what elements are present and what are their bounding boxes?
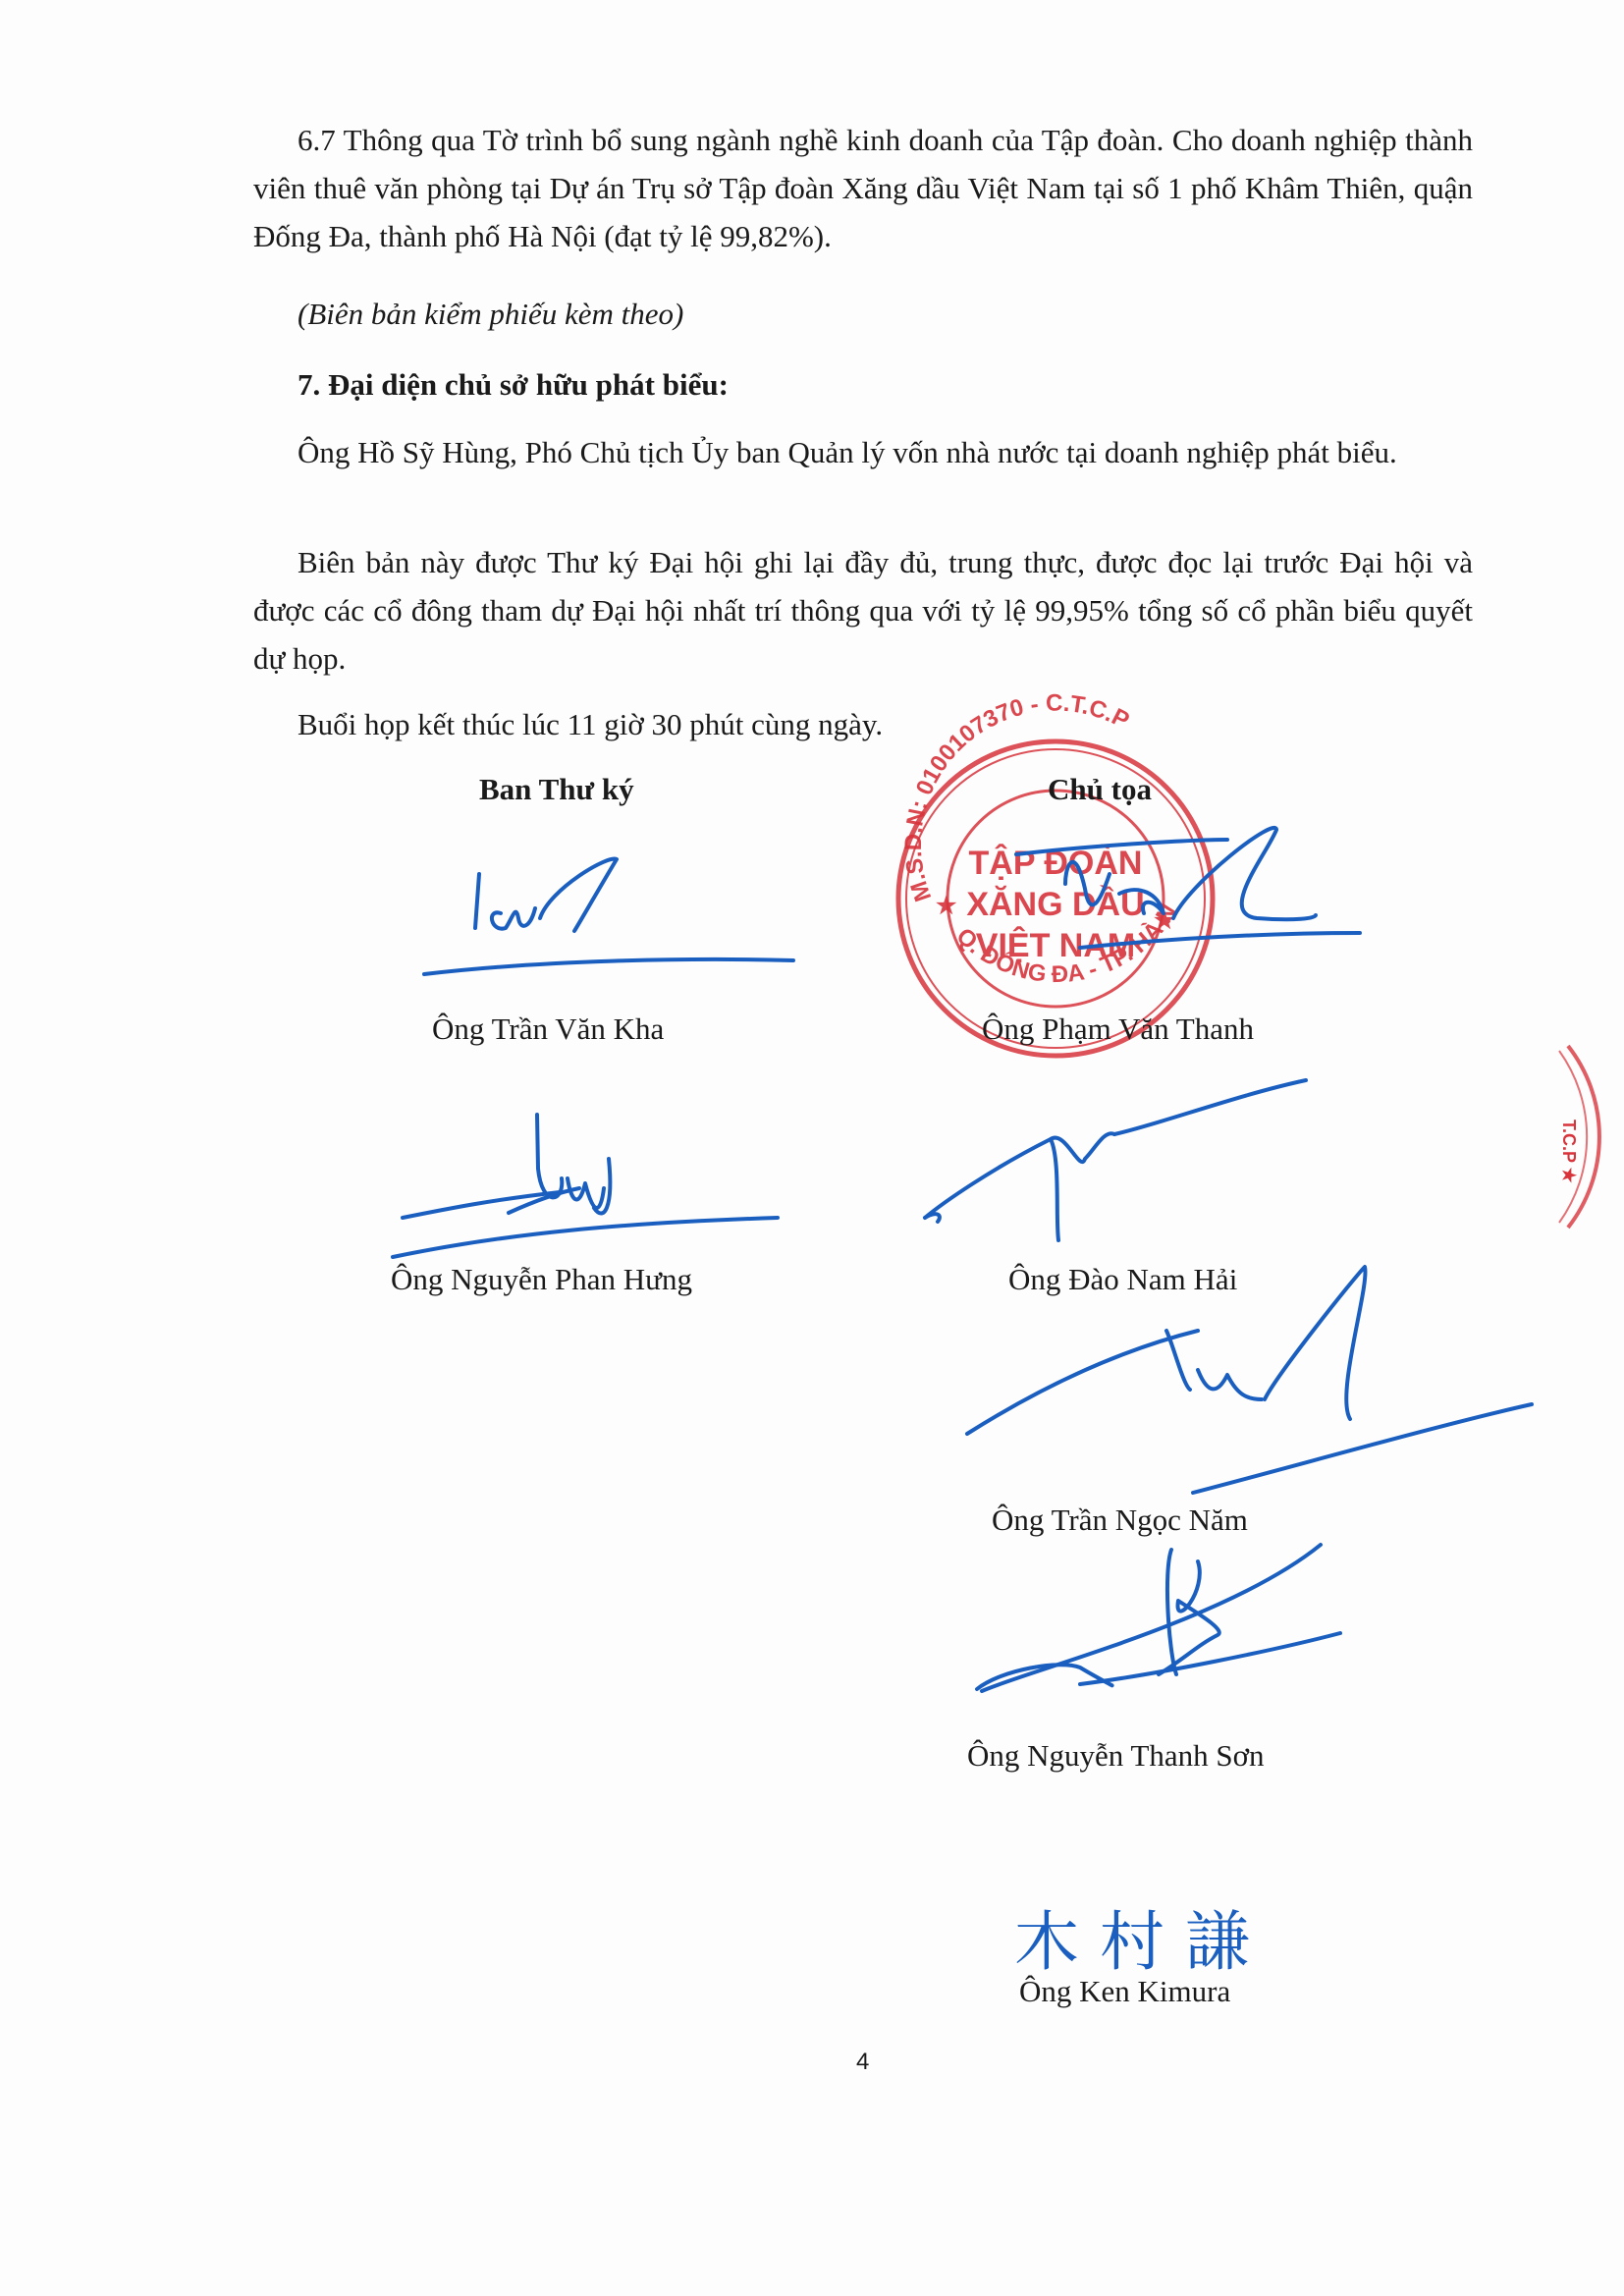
signature-tran-ngoc-nam <box>967 1267 1532 1493</box>
signature-strokes: 木 村 謙 <box>0 0 1624 2296</box>
signature-nguyen-phan-hung <box>393 1115 778 1257</box>
signature-tran-van-kha <box>424 859 793 974</box>
page-number: 4 <box>856 2049 869 2076</box>
signer-chair-4: Ông Nguyễn Thanh Sơn <box>967 1738 1265 1774</box>
signature-ken-kimura: 木 村 謙 <box>1014 1904 1250 1980</box>
signer-secretary-2: Ông Nguyễn Phan Hưng <box>391 1262 692 1297</box>
signer-chair-1: Ông Phạm Văn Thanh <box>982 1011 1254 1047</box>
signature-pham-van-thanh <box>1016 828 1360 948</box>
signer-chair-3: Ông Trần Ngọc Năm <box>992 1503 1248 1538</box>
signature-nguyen-thanh-son <box>977 1545 1340 1691</box>
signer-secretary-1: Ông Trần Văn Kha <box>432 1011 664 1047</box>
signer-chair-2: Ông Đào Nam Hải <box>1008 1262 1237 1297</box>
signature-dao-nam-hai <box>925 1080 1306 1240</box>
signer-chair-5: Ông Ken Kimura <box>1019 1974 1230 2009</box>
